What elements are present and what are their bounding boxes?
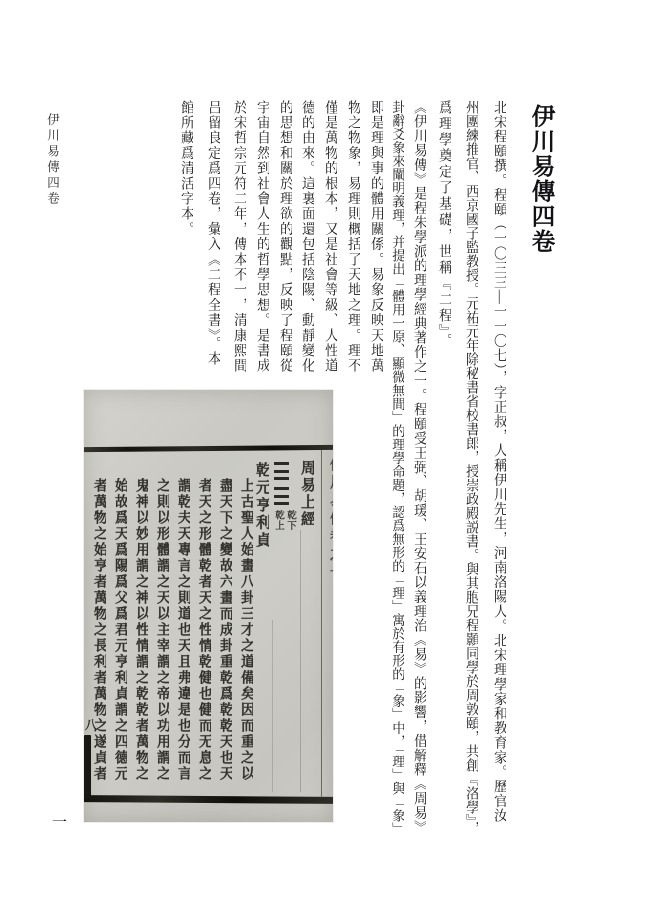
body-column: 館所藏爲清活字本。 [167,100,193,395]
body-column: 宇宙自然到社會人生的哲學思想。是書成 [243,100,269,395]
page-number: 一 [50,814,65,844]
running-title: 伊川易傳四卷 [46,113,59,253]
hexagram-line [274,495,289,498]
hexagram-line [274,502,289,505]
hexagram-line [274,470,289,473]
scan-edge-character: 八 [85,716,97,733]
body-column: 爲理學奠定了基礎，世稱『二程』。 [425,100,451,858]
qian-hexagram-icon [274,462,290,510]
page-title: 伊川易傳四卷 [528,104,552,404]
scan-commentary-column: 上古聖人始畫八卦三才之道備矣因而重之以 [236,478,253,800]
trigram-labels: 乾下 乾上 [268,510,294,531]
trigram-label-upper: 乾上 [270,510,282,531]
scan-commentary-column: 鬼神以妙用謂之神以性情謂之乾乾者萬物之 [131,478,148,800]
hexagram-line [274,487,289,490]
scan-header-column: 周易上經 [296,460,314,580]
body-column: 即是理與事的體用關係。易象反映天地萬 [357,100,383,395]
body-column: 州團練推官、西京國子監教授。元祐元年除秘書省校書郎，授崇政殿説書。與其胞兄程顥同… [452,100,478,858]
scan-title-partial-column: 伊川易傳卷之一 [325,456,333,786]
scan-commentary-column: 之則以形體謂之天以主宰謂之帝以功用謂之 [152,478,169,800]
scan-commentary-column: 始故爲天爲陽爲父爲君元亨利貞謂之四德元 [110,478,127,800]
body-column: 僅是萬物的根本，又是社會等級、人性道 [311,100,337,395]
body-column: 於宋哲宗元符二年，傳本不一，清康熙間 [220,100,246,395]
trigram-label-lower: 乾下 [282,510,294,531]
body-column: 物之物象，易理則概括了天地之理。理不 [334,100,360,395]
book-scan-image: 伊川易傳卷之一 周易上經 乾下 乾上 乾元亨利貞 上古聖人始畫八卦三才之道備矣因… [84,390,333,822]
scan-column-rule [321,450,322,798]
body-column: 吕留良定爲四卷，彙入《二程全書》。本 [194,100,220,395]
hexagram-line [274,462,289,465]
book-page: 伊川易傳四卷 伊川易傳四卷 北宋程頤撰。程頤（一〇三三—一一〇七），字正叔，人稱… [0,0,650,912]
scan-top-border [84,445,333,452]
scan-commentary-column: 者天之形體乾者天之性情乾健也健而无息之 [194,478,211,800]
body-column: 的思想和關於理欲的觀點，反映了程頤從 [266,100,292,395]
scan-commentary-column: 者萬物之始亨者萬物之長利者萬物之遂貞者 [89,478,106,800]
scan-commentary-column: 盡天下之變故六畫而成卦重乾爲乾乾天也天 [215,478,232,800]
scan-judgment-column: 乾元亨利貞 [251,462,269,582]
hexagram-line [274,477,289,480]
scan-commentary-column: 謂乾夫天專言之則道也天且弗違是也分而言 [173,478,190,800]
scan-corner-mark [84,735,91,799]
body-column: 北宋程頤撰。程頤（一〇三三—一一〇七），字正叔，人稱伊川先生，河南洛陽人。北宋理… [480,100,506,858]
scan-column-rule [272,620,273,792]
